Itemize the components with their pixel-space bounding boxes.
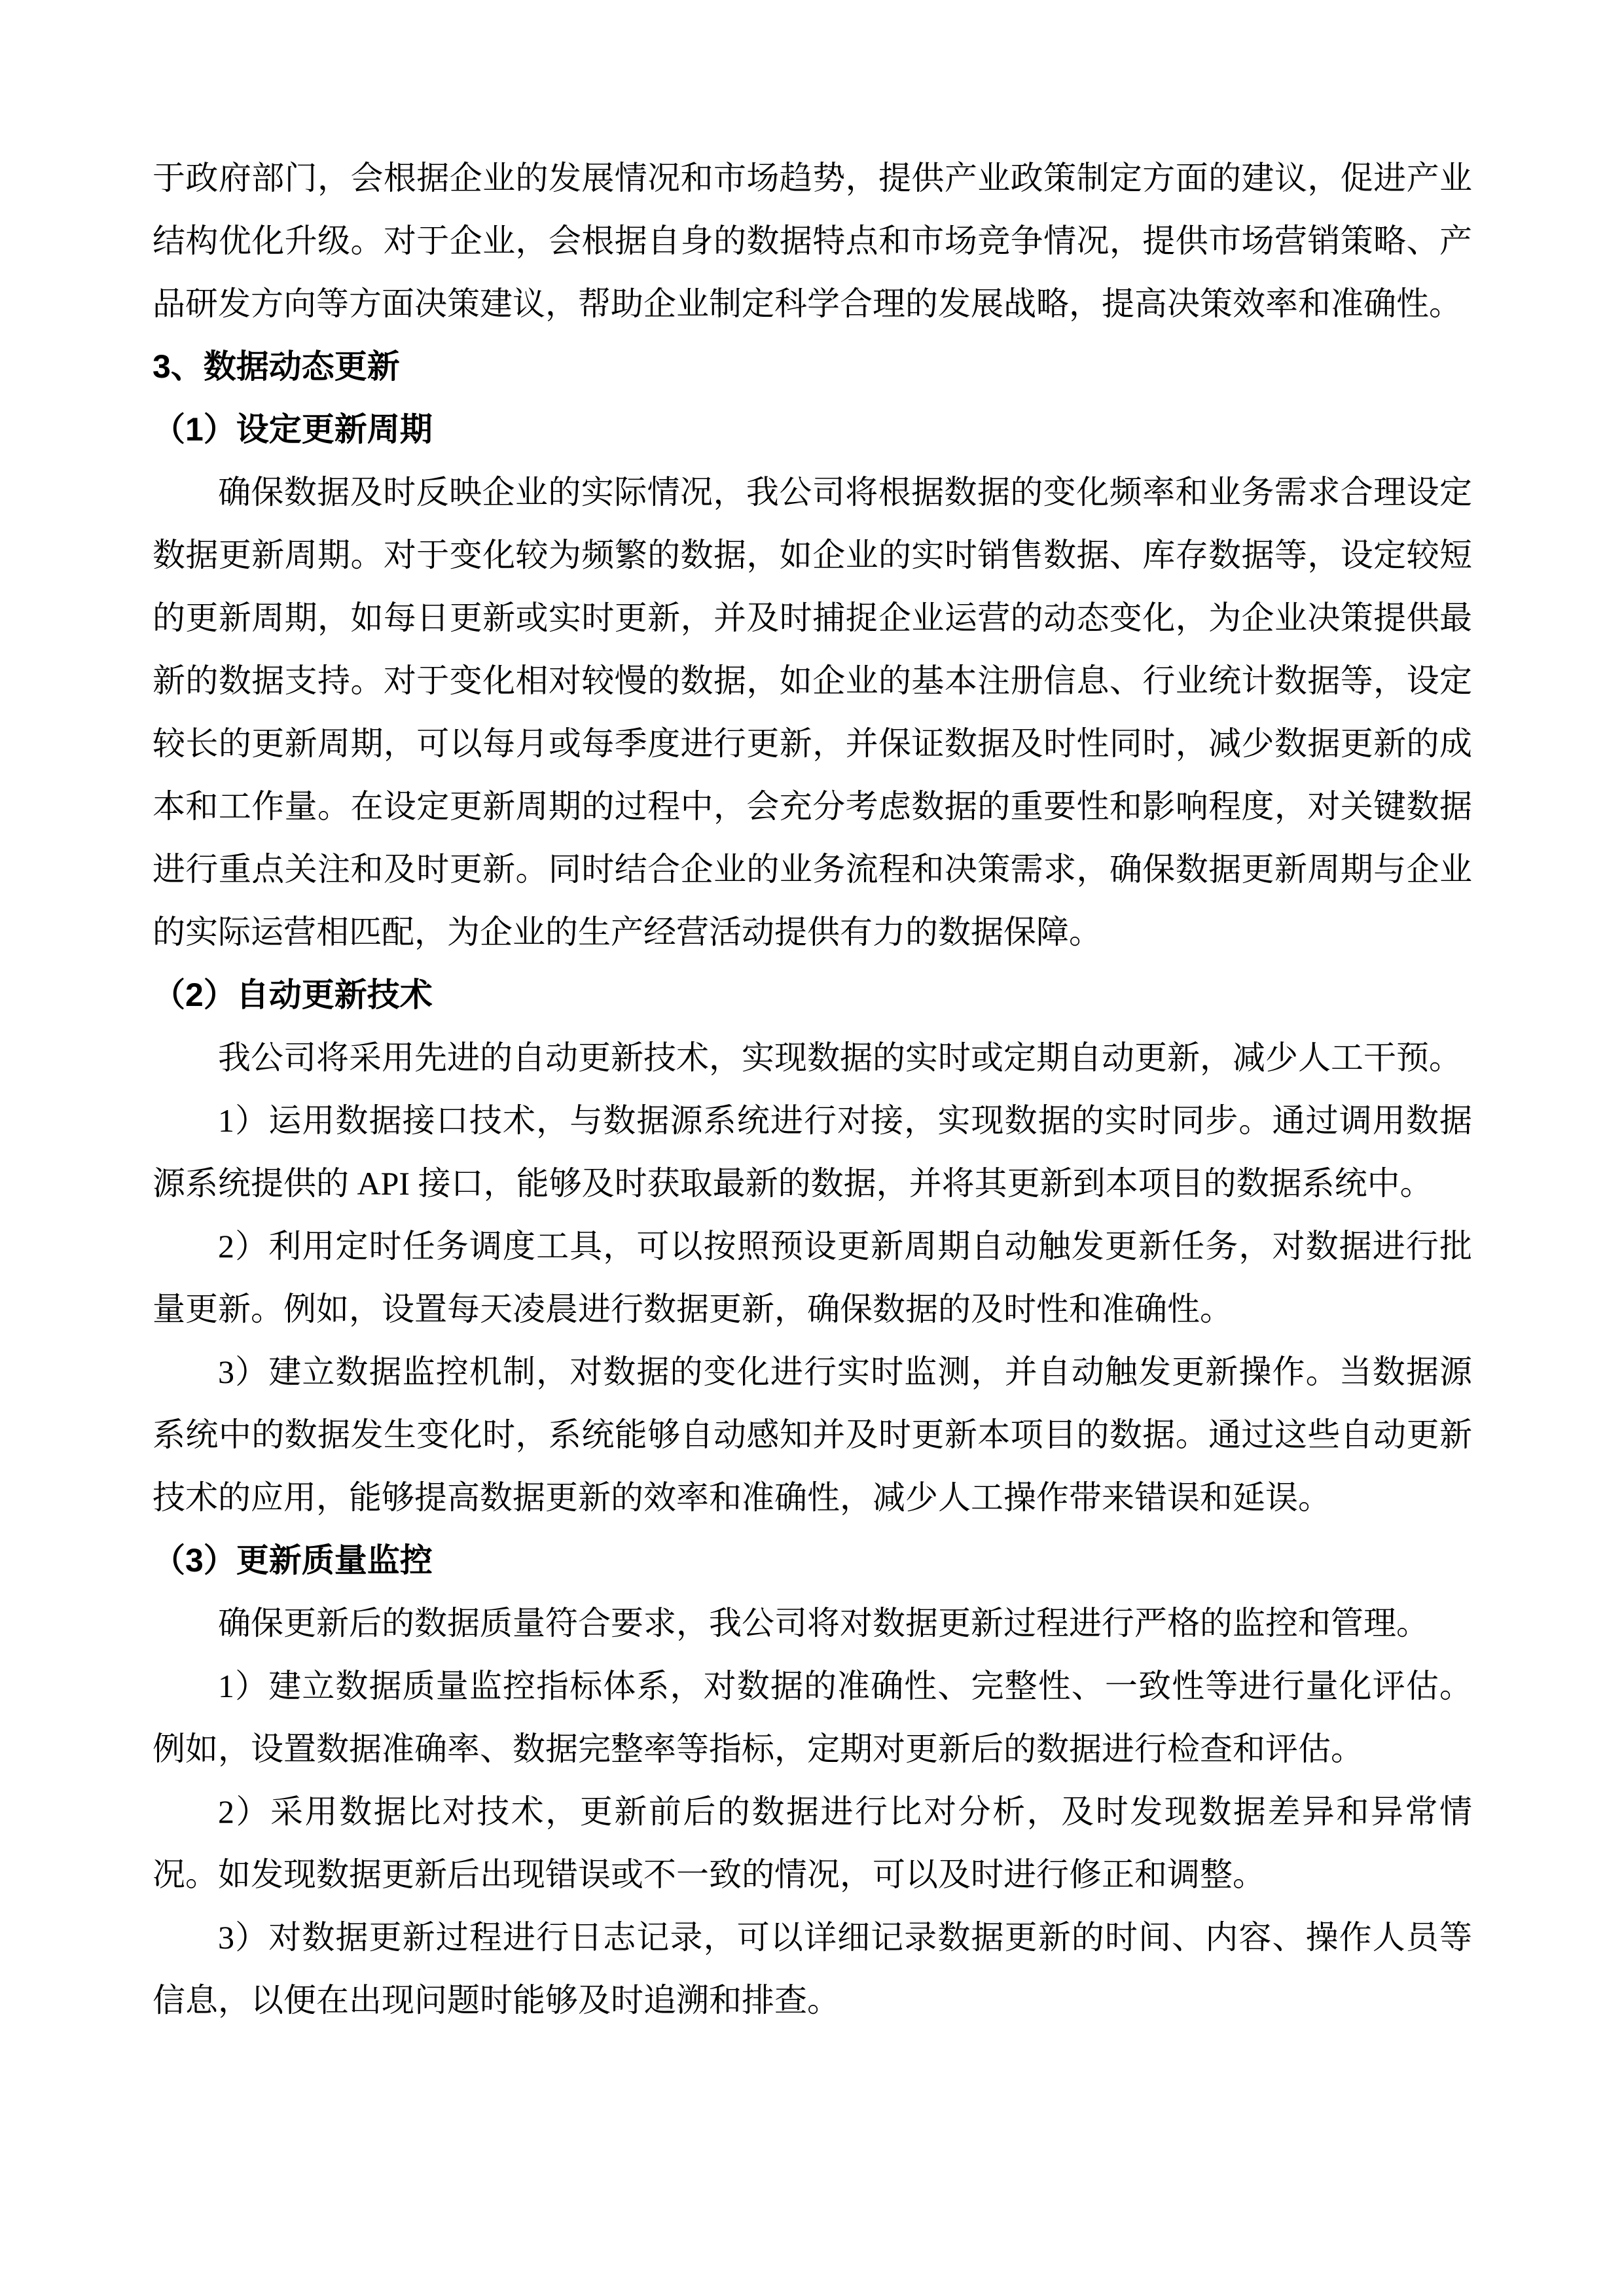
numbered-item-paragraph: 1）运用数据接口技术，与数据源系统进行对接，实现数据的实时同步。通过调用数据源系… [153,1089,1472,1215]
document-page: 于政府部门，会根据企业的发展情况和市场趋势，提供产业政策制定方面的建议，促进产业… [0,0,1624,2296]
body-paragraph: 确保更新后的数据质量符合要求，我公司将对数据更新过程进行严格的监控和管理。 [153,1592,1472,1655]
numbered-item-paragraph: 3）建立数据监控机制，对数据的变化进行实时监测，并自动触发更新操作。当数据源系统… [153,1340,1472,1529]
subsection-heading-set-update-cycle: （1）设定更新周期 [153,398,1472,461]
body-paragraph: 我公司将采用先进的自动更新技术，实现数据的实时或定期自动更新，减少人工干预。 [153,1026,1472,1089]
paragraph-continuation: 于政府部门，会根据企业的发展情况和市场趋势，提供产业政策制定方面的建议，促进产业… [153,147,1472,335]
numbered-item-paragraph: 3）对数据更新过程进行日志记录，可以详细记录数据更新的时间、内容、操作人员等信息… [153,1906,1472,2032]
subsection-heading-auto-update-technology: （2）自动更新技术 [153,963,1472,1026]
document-content: 于政府部门，会根据企业的发展情况和市场趋势，提供产业政策制定方面的建议，促进产业… [153,147,1472,2032]
numbered-item-paragraph: 2）利用定时任务调度工具，可以按照预设更新周期自动触发更新任务，对数据进行批量更… [153,1215,1472,1340]
numbered-item-paragraph: 1）建立数据质量监控指标体系，对数据的准确性、完整性、一致性等进行量化评估。例如… [153,1655,1472,1780]
section-heading-data-dynamic-update: 3、数据动态更新 [153,335,1472,398]
body-paragraph: 确保数据及时反映企业的实际情况，我公司将根据数据的变化频率和业务需求合理设定数据… [153,461,1472,963]
subsection-heading-update-quality-monitoring: （3）更新质量监控 [153,1529,1472,1592]
numbered-item-paragraph: 2）采用数据比对技术，更新前后的数据进行比对分析，及时发现数据差异和异常情况。如… [153,1780,1472,1906]
